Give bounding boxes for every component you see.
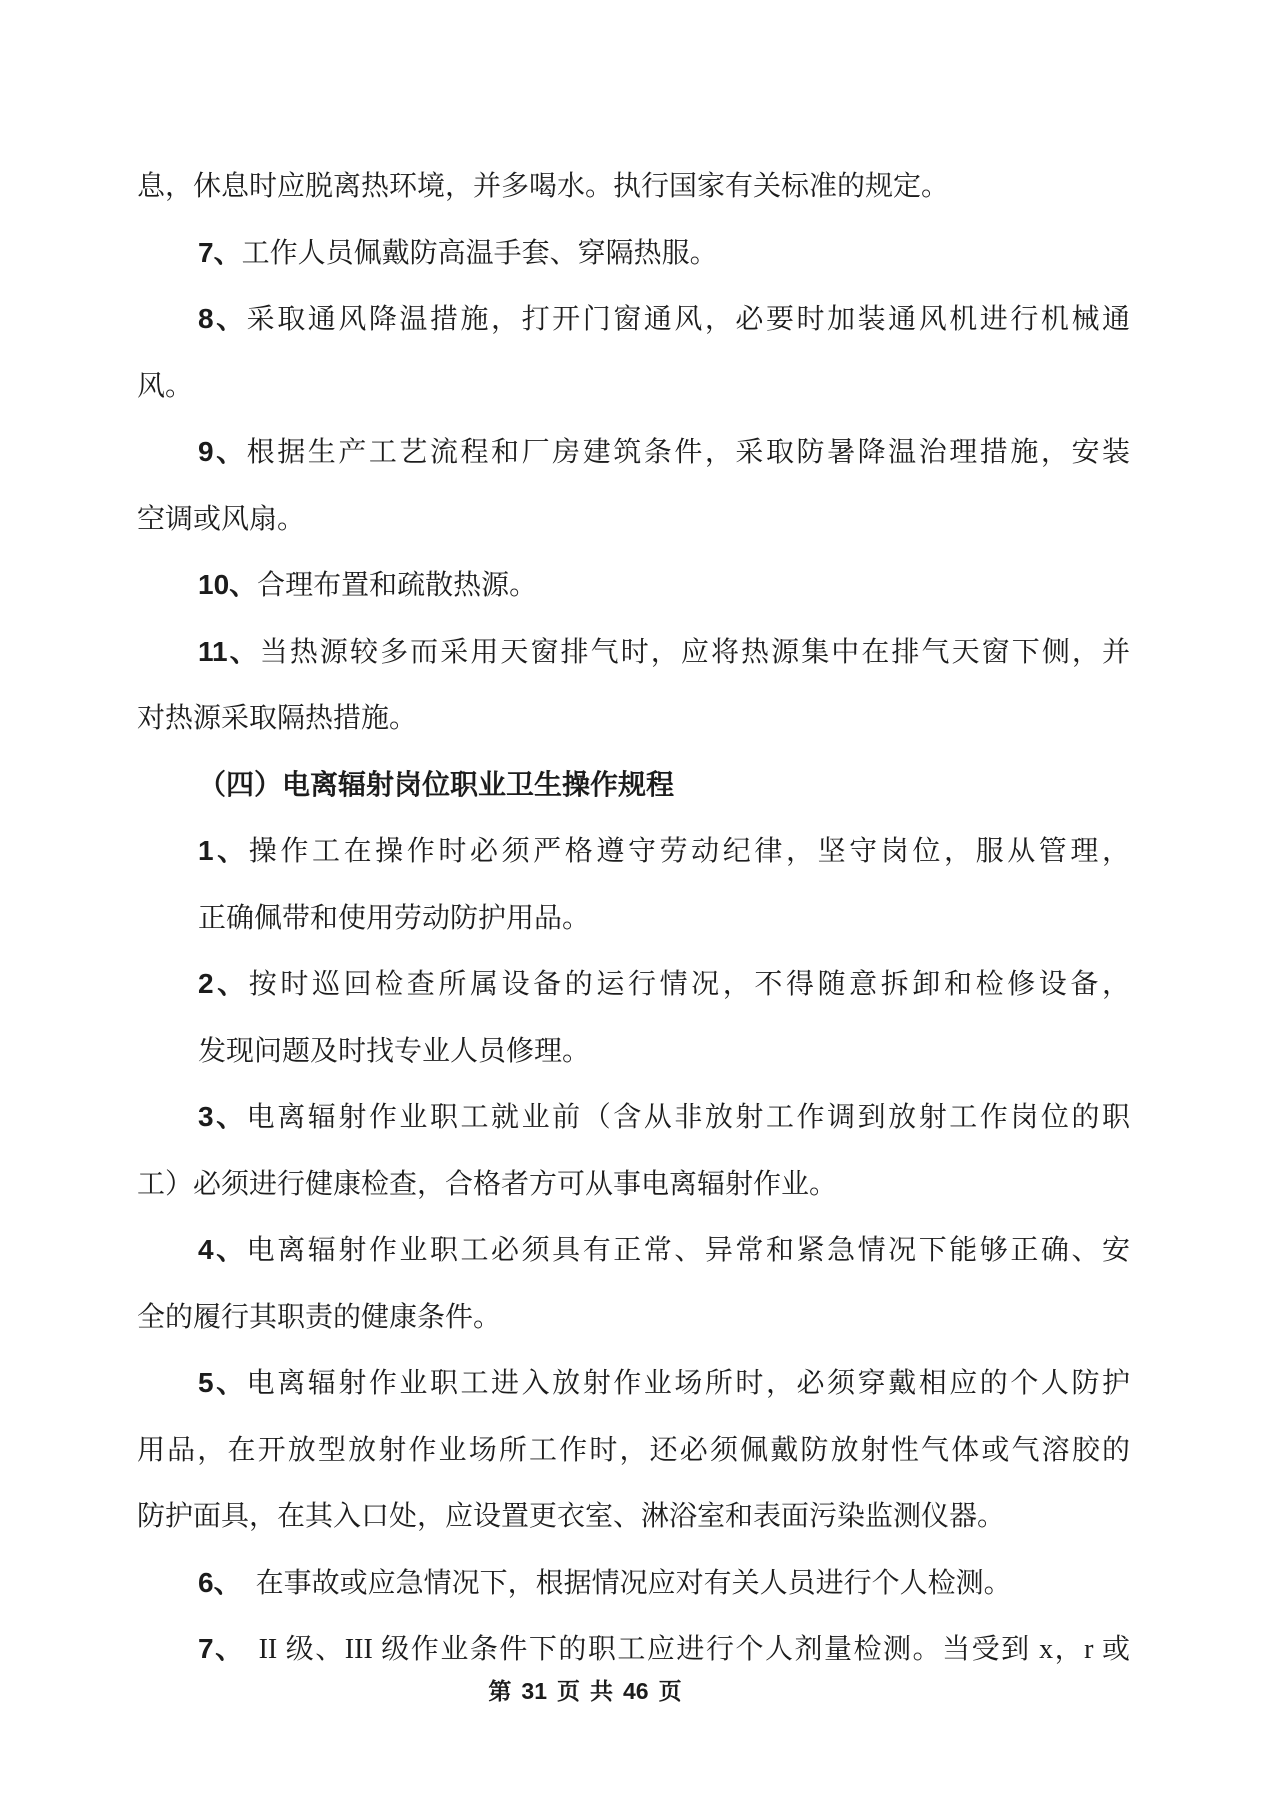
line-text: 对热源采取隔热措施。 (137, 703, 417, 734)
footer-label: 页 (557, 1679, 580, 1704)
list-number: 4、 (198, 1234, 247, 1265)
document-body: 息，休息时应脱离热环境，并多喝水。执行国家有关标准的规定。 7、工作人员佩戴防高… (0, 153, 1280, 1683)
list-number: 10、 (198, 569, 257, 600)
line-text: 全的履行其职责的健康条件。 (137, 1302, 501, 1333)
line-text: 息，休息时应脱离热环境，并多喝水。执行国家有关标准的规定。 (137, 171, 949, 202)
list-number: 3、 (198, 1101, 247, 1132)
footer-label: 页 (659, 1679, 682, 1704)
line-text: 电离辐射作业职工进入放射作业场所时，必须穿戴相应的个人防护 (247, 1368, 1130, 1399)
line-text: 电离辐射作业职工就业前（含从非放射工作调到放射工作岗位的职 (247, 1102, 1130, 1133)
paragraph-line: 用品，在开放型放射作业场所工作时，还必须佩戴防放射性气体或气溶胶的 (0, 1417, 1280, 1484)
paragraph-line: 1、操作工在操作时必须严格遵守劳动纪律，坚守岗位，服从管理， (0, 818, 1280, 885)
line-text: 正确佩带和使用劳动防护用品。 (198, 903, 590, 934)
paragraph-line: 11、当热源较多而采用天窗排气时，应将热源集中在排气天窗下侧，并 (0, 619, 1280, 686)
line-text: 用品，在开放型放射作业场所工作时，还必须佩戴防放射性气体或气溶胶的 (137, 1435, 1130, 1466)
list-number: 2、 (198, 968, 249, 999)
list-number: 11、 (198, 636, 260, 667)
section-heading: （四）电离辐射岗位职业卫生操作规程 (0, 752, 1280, 819)
list-number: 7、 (198, 237, 242, 268)
paragraph-line: 7、 II 级、III 级作业条件下的职工应进行个人剂量检测。当受到 x，r 或 (0, 1616, 1280, 1683)
paragraph-line: 正确佩带和使用劳动防护用品。 (0, 885, 1280, 952)
list-number: 7、 (198, 1633, 245, 1664)
line-text: 当热源较多而采用天窗排气时，应将热源集中在排气天窗下侧，并 (260, 637, 1130, 668)
line-text: 在事故或应急情况下，根据情况应对有关人员进行个人检测。 (242, 1568, 1012, 1599)
line-text: II 级、III 级作业条件下的职工应进行个人剂量检测。当受到 x，r 或 (245, 1634, 1130, 1665)
line-text: 发现问题及时找专业人员修理。 (198, 1036, 590, 1067)
paragraph-line: 对热源采取隔热措施。 (0, 685, 1280, 752)
line-text: 电离辐射作业职工必须具有正常、异常和紧急情况下能够正确、安 (247, 1235, 1130, 1266)
line-text: 工作人员佩戴防高温手套、穿隔热服。 (242, 238, 718, 269)
line-text: 工）必须进行健康检查，合格者方可从事电离辐射作业。 (137, 1169, 837, 1200)
line-text: 风。 (137, 371, 193, 402)
paragraph-line: 5、电离辐射作业职工进入放射作业场所时，必须穿戴相应的个人防护 (0, 1350, 1280, 1417)
footer-label: 第 (488, 1679, 511, 1704)
footer-label: 共 (590, 1679, 613, 1704)
line-text: 按时巡回检查所属设备的运行情况，不得随意拆卸和检修设备， (249, 969, 1130, 1000)
document-page: 息，休息时应脱离热环境，并多喝水。执行国家有关标准的规定。 7、工作人员佩戴防高… (0, 0, 1280, 1810)
paragraph-line: 7、工作人员佩戴防高温手套、穿隔热服。 (0, 220, 1280, 287)
line-text: 空调或风扇。 (137, 504, 305, 535)
paragraph-line: 2、按时巡回检查所属设备的运行情况，不得随意拆卸和检修设备， (0, 951, 1280, 1018)
paragraph-line: 3、电离辐射作业职工就业前（含从非放射工作调到放射工作岗位的职 (0, 1084, 1280, 1151)
line-text: 操作工在操作时必须严格遵守劳动纪律，坚守岗位，服从管理， (249, 836, 1130, 867)
paragraph-line: 空调或风扇。 (0, 486, 1280, 553)
paragraph-line: 风。 (0, 353, 1280, 420)
heading-text: （四）电离辐射岗位职业卫生操作规程 (198, 769, 674, 800)
page-number-current: 31 (521, 1678, 547, 1704)
list-number: 9、 (198, 436, 247, 467)
paragraph-line: 9、根据生产工艺流程和厂房建筑条件，采取防暑降温治理措施，安装 (0, 419, 1280, 486)
list-number: 8、 (198, 303, 247, 334)
line-text: 根据生产工艺流程和厂房建筑条件，采取防暑降温治理措施，安装 (247, 437, 1130, 468)
paragraph-line: 8、采取通风降温措施，打开门窗通风，必要时加装通风机进行机械通 (0, 286, 1280, 353)
paragraph-line: 发现问题及时找专业人员修理。 (0, 1018, 1280, 1085)
list-number: 1、 (198, 835, 249, 866)
paragraph-line: 全的履行其职责的健康条件。 (0, 1284, 1280, 1351)
paragraph-line: 6、 在事故或应急情况下，根据情况应对有关人员进行个人检测。 (0, 1550, 1280, 1617)
paragraph-line: 息，休息时应脱离热环境，并多喝水。执行国家有关标准的规定。 (0, 153, 1280, 220)
list-number: 6、 (198, 1567, 242, 1598)
line-text: 合理布置和疏散热源。 (257, 570, 537, 601)
line-text: 防护面具，在其入口处，应设置更衣室、淋浴室和表面污染监测仪器。 (137, 1501, 1005, 1532)
paragraph-line: 10、合理布置和疏散热源。 (0, 552, 1280, 619)
paragraph-line: 工）必须进行健康检查，合格者方可从事电离辐射作业。 (0, 1151, 1280, 1218)
line-text: 采取通风降温措施，打开门窗通风，必要时加装通风机进行机械通 (247, 304, 1130, 335)
page-number-total: 46 (623, 1678, 649, 1704)
paragraph-line: 防护面具，在其入口处，应设置更衣室、淋浴室和表面污染监测仪器。 (0, 1483, 1280, 1550)
paragraph-line: 4、电离辐射作业职工必须具有正常、异常和紧急情况下能够正确、安 (0, 1217, 1280, 1284)
page-footer: 第31页共46页 (0, 1676, 1170, 1707)
list-number: 5、 (198, 1367, 247, 1398)
